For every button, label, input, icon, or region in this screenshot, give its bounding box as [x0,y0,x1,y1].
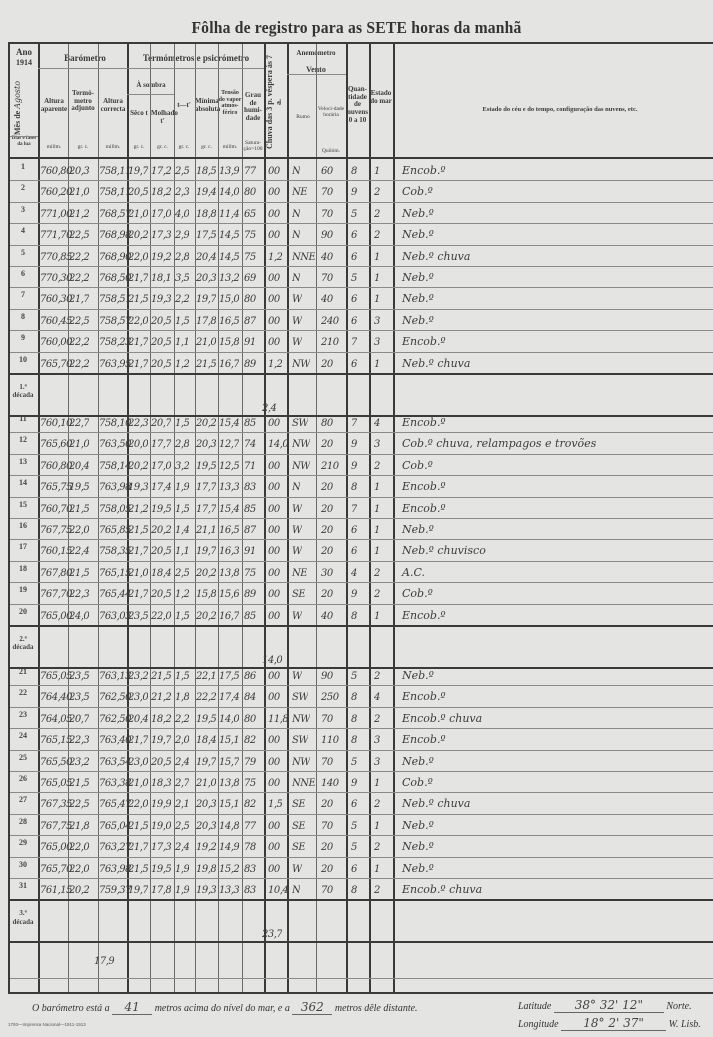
cell-ch: 00 [268,337,280,348]
cell-te: 13,2 [219,273,239,284]
cell-g: 69 [244,273,256,284]
cell-ta: 22,3 [69,735,89,746]
nuvens-header: Quan-tidade de nuvens 0 a 10 [345,86,370,124]
row-rule [10,330,713,331]
row-rule [10,941,713,943]
cell-m: 17,4 [151,482,171,493]
cell-aa: 760,00 [40,337,72,348]
cell-te: 15,4 [219,418,239,429]
cell-m: 22,0 [151,611,171,622]
cell-m: 17,0 [151,461,171,472]
cell-ac: 763,95 [99,359,131,370]
cell-m: 19,0 [151,821,171,832]
cell-ve: 20 [321,589,333,600]
cell-ve: 20 [321,525,333,536]
cell-ch: 00 [268,611,280,622]
cell-ta: 21,5 [69,568,89,579]
cell-ta: 22,0 [69,864,89,875]
day-number: 17 [10,542,36,551]
cell-ma: 3 [374,337,380,348]
cell-ch: 00 [268,778,280,789]
cell-m: 20,5 [151,359,171,370]
cell-nu: 6 [351,316,357,327]
cell-ta: 23,5 [69,671,89,682]
cell-s: 23,5 [128,611,148,622]
cell-m: 17,3 [151,842,171,853]
remark: Neb.º [402,840,434,853]
cell-ve: 90 [321,671,333,682]
cell-s: 21,7 [128,546,148,557]
latitude-label: Latitude [518,1001,551,1012]
cell-mi: 18,4 [196,735,216,746]
cell-te: 15,0 [219,294,239,305]
cell-ta: 24,0 [69,611,89,622]
year-label-text: Ano [16,47,32,57]
cell-te: 15,4 [219,504,239,515]
cell-ac: 763,27 [99,842,131,853]
unit-termometro-adjunto: gr. c. [69,144,97,150]
cell-ma: 1 [374,252,380,263]
cell-nu: 6 [351,799,357,810]
cell-mi: 19,2 [196,842,216,853]
cell-ma: 2 [374,671,380,682]
cell-ac: 768,90 [99,252,131,263]
row-rule [10,202,713,203]
cell-d: 3,5 [175,273,189,284]
cell-ve: 70 [321,821,333,832]
cell-d: 2,5 [175,166,189,177]
cell-ta: 22,5 [69,230,89,241]
cell-s: 21,0 [128,778,148,789]
cell-ve: 140 [321,778,339,789]
cell-nu: 8 [351,735,357,746]
unit-tensao: millm. [218,144,242,150]
cell-ac: 765,85 [99,525,131,536]
day-number: 30 [10,860,36,869]
cell-ma: 1 [374,611,380,622]
mar-header: Estado do mar [369,90,393,105]
cell-mi: 22,1 [196,671,216,682]
latitude-value: 38° 32' 12" [554,998,664,1013]
cell-m: 18,2 [151,714,171,725]
cell-nu: 8 [351,885,357,896]
cell-ch: 00 [268,187,280,198]
cell-ma: 2 [374,568,380,579]
cell-ch: 00 [268,692,280,703]
row-rule [10,685,713,686]
remark: Neb.º [402,862,434,875]
chuva-header: Chuva das 3 p. véspera às 7 a. [266,52,286,152]
cell-ac: 758,35 [99,546,131,557]
cell-ma: 1 [374,504,380,515]
row-rule [10,136,38,137]
estado-ceu-header: Estado do céu e do tempo, configuração d… [395,106,713,113]
barometer-text-3: metros dêle distante. [335,1003,418,1014]
barometer-text-2: metros acima do nível do mar, e a [155,1003,290,1014]
cell-nu: 8 [351,482,357,493]
remark: Encob.º [402,609,446,622]
cell-ve: 210 [321,461,339,472]
cell-ac: 763,54 [99,757,131,768]
remark: Encob.º [402,480,446,493]
row-rule [10,266,713,267]
cell-aa: 765,60 [40,439,72,450]
cell-s: 20,5 [128,187,148,198]
row-rule [10,561,713,562]
cell-te: 14,0 [219,187,239,198]
altura-aparente-header: Altura aparente [40,98,68,113]
cell-s: 22,0 [128,316,148,327]
row-rule [38,68,127,69]
cell-ve: 240 [321,316,339,327]
cell-ve: 250 [321,692,339,703]
cell-ru: NW [292,714,310,725]
cell-ru: NE [292,568,307,579]
cell-ve: 40 [321,611,333,622]
cell-nu: 6 [351,546,357,557]
cell-m: 17,8 [151,885,171,896]
day-number: 7 [10,290,36,299]
cell-ru: W [292,611,302,622]
cell-ch: 00 [268,589,280,600]
cell-g: 85 [244,504,256,515]
cell-aa: 771,00 [40,209,72,220]
cell-m: 18,2 [151,187,171,198]
cell-ch: 00 [268,316,280,327]
cell-d: 1,5 [175,504,189,515]
cell-mi: 19,5 [196,714,216,725]
cell-ch: 1,2 [268,252,282,263]
cell-ru: NW [292,439,310,450]
cell-ma: 2 [374,714,380,725]
row-rule [10,792,713,793]
cell-g: 83 [244,864,256,875]
cell-te: 17,5 [219,671,239,682]
cell-s: 22,0 [128,799,148,810]
register-table: Ano 1914 Mês de Agosto Dias e fases da l… [8,42,713,994]
cell-ac: 763,13 [99,671,131,682]
remark: Neb.º [402,523,434,536]
cell-te: 14,0 [219,714,239,725]
cell-ac: 763,50 [99,439,131,450]
day-number: 1 [10,162,36,171]
cell-ru: W [292,316,302,327]
rumo-header: Rumo [288,114,318,120]
remark: A.C. [402,566,425,579]
cell-mi: 20,2 [196,418,216,429]
row-rule [10,432,713,433]
cell-ma: 2 [374,589,380,600]
cell-ac: 765,04 [99,821,131,832]
cell-aa: 770,30 [40,273,72,284]
row-rule [10,415,713,417]
cell-ac: 758,14 [99,461,131,472]
cell-aa: 767,75 [40,821,72,832]
cell-d: 1,5 [175,611,189,622]
cell-ru: N [292,273,300,284]
cell-nu: 5 [351,821,357,832]
cell-aa: 765,00 [40,842,72,853]
cell-m: 20,2 [151,525,171,536]
cell-ac: 762,50 [99,714,131,725]
cell-ve: 30 [321,568,333,579]
cell-d: 2,2 [175,294,189,305]
velocidade-header: Veloci-dade horária [317,106,345,118]
cell-ch: 00 [268,461,280,472]
cell-s: 23,2 [128,671,148,682]
cell-ma: 3 [374,735,380,746]
cell-aa: 765,15 [40,735,72,746]
unit-molhado: gr. c. [151,144,174,150]
decade-label: 3.ª década [10,909,36,926]
cell-ru: SW [292,735,308,746]
cell-aa: 760,80 [40,166,72,177]
cell-ve: 20 [321,842,333,853]
cell-te: 15,1 [219,799,239,810]
cell-ch: 00 [268,504,280,515]
cell-te: 15,1 [219,735,239,746]
cell-mi: 20,2 [196,611,216,622]
remark: Neb.º chuva [402,357,470,370]
cell-te: 11,4 [219,209,239,220]
cell-ta: 21,5 [69,778,89,789]
cell-aa: 760,20 [40,187,72,198]
cell-d: 2,7 [175,778,189,789]
cell-te: 15,7 [219,757,239,768]
cell-s: 21,7 [128,589,148,600]
cell-d: 2,5 [175,821,189,832]
day-number: 29 [10,838,36,847]
cell-te: 12,7 [219,439,239,450]
cell-te: 12,5 [219,461,239,472]
cell-ac: 765,15 [99,568,131,579]
cell-ma: 2 [374,461,380,472]
row-rule [10,518,713,519]
cell-ru: NNE [292,778,315,789]
cell-g: 80 [244,714,256,725]
cell-te: 13,9 [219,166,239,177]
cell-ma: 2 [374,885,380,896]
cell-nu: 9 [351,589,357,600]
cell-nu: 6 [351,294,357,305]
cell-m: 19,9 [151,799,171,810]
day-number: 4 [10,226,36,235]
cell-te: 16,7 [219,359,239,370]
day-number: 8 [10,312,36,321]
cell-m: 17,7 [151,439,171,450]
cell-ch: 00 [268,166,280,177]
day-number: 25 [10,753,36,762]
cell-d: 4,0 [175,209,189,220]
cell-nu: 7 [351,337,357,348]
cell-ac: 759,37 [99,885,131,896]
cell-s: 19,7 [128,885,148,896]
cell-ma: 3 [374,316,380,327]
row-rule [10,899,713,901]
cell-ru: W [292,504,302,515]
cell-ru: NNE [292,252,315,263]
cell-g: 89 [244,359,256,370]
remark: Cob.º [402,776,433,789]
cell-ma: 1 [374,778,380,789]
cell-d: 2,3 [175,187,189,198]
cell-ta: 20,4 [69,461,89,472]
remark: Neb.º [402,819,434,832]
row-rule [10,667,713,669]
barometro-header: Barómetro [40,54,130,64]
day-number: 21 [10,667,36,676]
cell-m: 18,3 [151,778,171,789]
cell-s: 22,0 [128,252,148,263]
remark: Neb.º chuva [402,797,470,810]
cell-mi: 20,3 [196,799,216,810]
day-number: 27 [10,795,36,804]
cell-s: 21,5 [128,294,148,305]
cell-te: 15,2 [219,864,239,875]
cell-ve: 70 [321,885,333,896]
cell-ru: N [292,482,300,493]
cell-g: 75 [244,568,256,579]
cell-mi: 20,4 [196,252,216,263]
cell-ma: 2 [374,187,380,198]
cell-m: 20,5 [151,757,171,768]
cell-ta: 22,2 [69,252,89,263]
cell-ru: SE [292,821,305,832]
cell-ta: 22,5 [69,799,89,810]
cell-s: 21,7 [128,359,148,370]
cell-d: 1,9 [175,885,189,896]
cell-ta: 21,5 [69,504,89,515]
row-rule [10,352,713,353]
cell-ru: W [292,671,302,682]
seco-header: Sêco t [128,110,150,118]
cell-ac: 758,57 [99,316,131,327]
unit-altura-correcta: millm. [98,144,128,150]
cell-te: 13,8 [219,568,239,579]
cell-s: 21,7 [128,842,148,853]
cell-d: 1,9 [175,864,189,875]
decade-rain-total: 2,4 [262,403,276,414]
cell-m: 20,5 [151,546,171,557]
row-rule [127,68,264,69]
cell-g: 85 [244,611,256,622]
cell-ma: 1 [374,546,380,557]
row-rule [10,750,713,751]
tensao-header: Tensão do vapor atmos-férico [218,90,242,116]
decade-label: 2.ª década [10,635,36,652]
cell-ch: 00 [268,757,280,768]
cell-m: 17,3 [151,230,171,241]
cell-ch: 00 [268,864,280,875]
cell-ru: NW [292,359,310,370]
cell-ru: W [292,337,302,348]
cell-s: 21,7 [128,337,148,348]
day-number: 26 [10,774,36,783]
cell-ac: 763,98 [99,864,131,875]
cell-mi: 19,7 [196,546,216,557]
unit-altura-aparente: millm. [40,144,68,150]
cell-ac: 763,40 [99,735,131,746]
cell-d: 1,5 [175,418,189,429]
cell-ac: 763,98 [99,482,131,493]
row-rule [10,373,713,375]
cell-aa: 760,15 [40,546,72,557]
cell-nu: 8 [351,166,357,177]
day-number: 11 [10,414,36,423]
cell-g: 84 [244,692,256,703]
cell-ma: 1 [374,482,380,493]
cell-aa: 767,75 [40,525,72,536]
cell-ru: N [292,166,300,177]
cell-ma: 2 [374,230,380,241]
t-diff-header: t—t' [174,102,194,110]
cell-ac: 765,47 [99,799,131,810]
a-sombra-header: À sombra [128,82,174,90]
month-label-text: Mês de [13,110,22,134]
cell-ch: 00 [268,568,280,579]
cell-ta: 22,2 [69,359,89,370]
cell-ve: 110 [321,735,339,746]
row-rule [10,814,713,815]
cell-ta: 23,2 [69,757,89,768]
cell-ve: 70 [321,757,333,768]
latitude: Latitude 38° 32' 12" Norte. [518,998,692,1013]
cell-ru: NW [292,757,310,768]
cell-ma: 2 [374,799,380,810]
row-rule [10,180,713,181]
cell-ta: 22,7 [69,418,89,429]
cell-ta: 22,5 [69,316,89,327]
cell-mi: 17,7 [196,482,216,493]
cell-ta: 22,0 [69,842,89,853]
remark: Neb.º [402,755,434,768]
cell-d: 2,1 [175,799,189,810]
cell-d: 2,2 [175,714,189,725]
row-rule [10,835,713,836]
cell-g: 75 [244,230,256,241]
cell-m: 20,5 [151,337,171,348]
day-number: 12 [10,435,36,444]
cell-ve: 20 [321,799,333,810]
day-number: 19 [10,585,36,594]
cell-te: 15,8 [219,337,239,348]
decade-rain-total: 23,7 [262,929,282,940]
cell-aa: 765,00 [40,611,72,622]
remark: Neb.º chuva [402,250,470,263]
remark: Encob.º [402,416,446,429]
cell-ac: 758,51 [99,294,131,305]
cell-mi: 21,0 [196,778,216,789]
cell-mi: 19,5 [196,461,216,472]
cell-ac: 758,11 [99,187,131,198]
cell-d: 2,8 [175,439,189,450]
unit-minima: gr. c. [195,144,218,150]
cell-ma: 1 [374,821,380,832]
cell-nu: 9 [351,461,357,472]
cell-ta: 21,8 [69,821,89,832]
cell-ma: 3 [374,757,380,768]
cell-ve: 40 [321,252,333,263]
cell-ac: 758,05 [99,504,131,515]
cell-s: 21,0 [128,568,148,579]
row-rule [10,604,713,605]
remark: Encob.º chuva [402,883,482,896]
cell-s: 22,3 [128,418,148,429]
cell-ve: 90 [321,230,333,241]
cell-s: 21,0 [128,209,148,220]
cell-ch: 00 [268,821,280,832]
cell-ve: 70 [321,187,333,198]
